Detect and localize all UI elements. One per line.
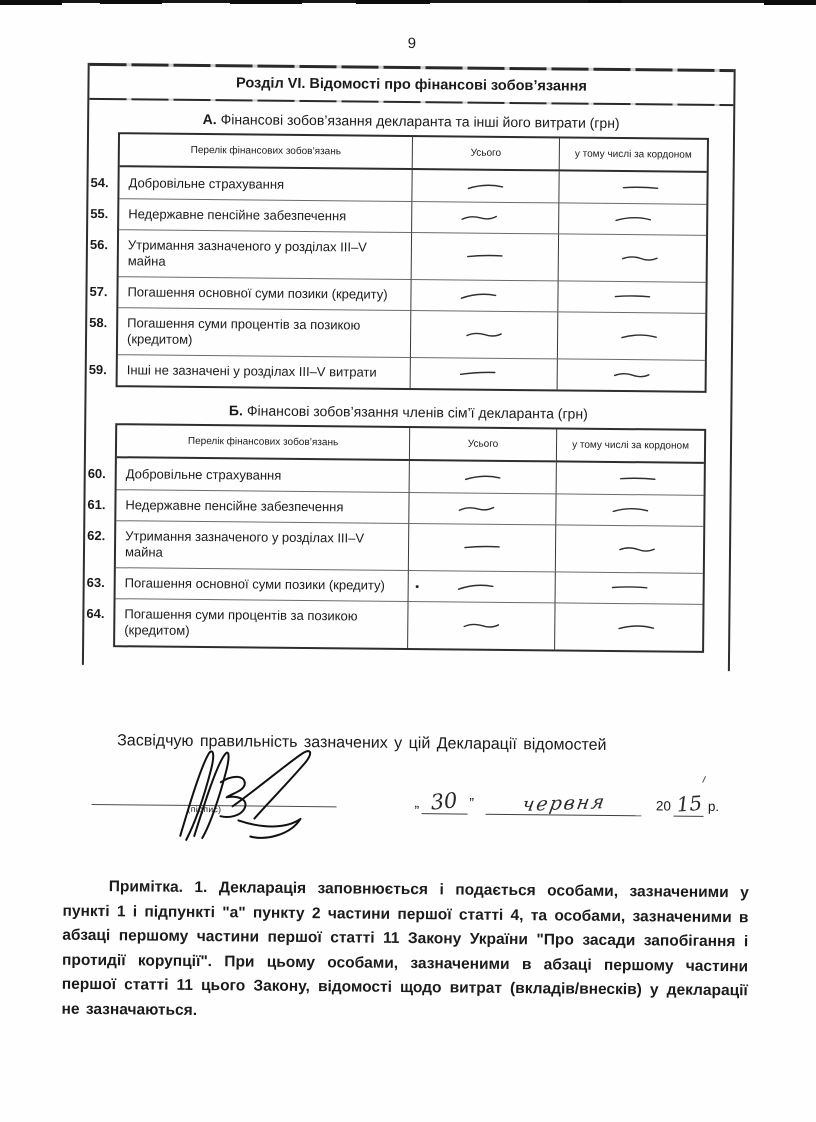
row-label: Добровільне страхування [119,167,411,201]
value-cell-abroad [555,524,703,572]
handwritten-dash-mark [619,331,657,343]
value-cell-total [411,170,558,202]
value-cell-total [411,201,558,233]
value-cell-total [408,492,555,524]
table-row: 59.Інші не зазначені у розділах III–V ви… [118,354,705,391]
handwritten-day: 30 [430,788,459,814]
row-number: 62. [87,528,112,543]
handwritten-dash-mark [457,503,495,514]
column-header-total: Усього [412,137,559,171]
handwritten-dash-mark [466,181,504,191]
section-vi-box: Розділ VI. Відомості про фінансові зобов… [82,63,736,671]
value-cell-abroad [558,171,706,203]
handwritten-month: червня [520,791,607,816]
document-sheet: 9 Розділ VI. Відомості про фінансові зоб… [0,0,816,1122]
value-cell-abroad [555,493,703,525]
value-cell-total [409,461,556,493]
table-row: 64.Погашення суми процентів за позикою (… [115,598,702,651]
column-header-list: Перелік фінансових зобов’язань [120,134,412,170]
financial-obligations-table-b: Перелік фінансових зобов’язань Усього у … [113,423,706,653]
handwritten-dash-mark [457,581,495,592]
year-prefix: 20 [656,798,671,816]
value-cell-abroad [557,280,705,312]
value-cell-abroad [557,311,705,359]
row-label: Інші не зазначені у розділах III–V витра… [118,354,410,388]
column-header-abroad: у тому числі за кордоном [556,429,704,463]
row-number: 57. [89,284,114,299]
table-row: 62.Утримання зазначеного у розділах III–… [116,520,703,573]
value-cell-abroad [558,202,706,234]
handwritten-dash-mark [460,212,498,223]
handwritten-dash-mark [612,369,650,380]
column-header-total: Усього [409,428,556,462]
row-number: 58. [89,315,114,330]
value-cell-total [411,232,558,280]
subsection-b-heading-text: Фінансові зобов’язання членів сім’ї декл… [247,402,588,421]
handwritten-dash-mark [621,182,659,194]
value-cell-total [410,279,557,311]
date-day-field: 30 [421,781,467,814]
row-label: Утримання зазначеного у розділах III–V м… [116,520,408,570]
value-cell-total [410,357,557,389]
handwritten-dash-mark [465,330,503,340]
financial-obligations-table-a: Перелік фінансових зобов’язань Усього у … [116,132,709,393]
date-fields: „ 30 ” червня 20 15 р. [414,778,719,817]
note-label: Примітка. [109,878,183,896]
page-number: 9 [4,31,816,56]
handwritten-dash-mark [611,504,649,515]
row-number: 56. [90,237,115,252]
value-cell-total [408,570,555,602]
row-label: Недержавне пенсійне забезпечення [119,198,411,232]
date-open-quote: „ [414,794,419,814]
subsection-b-heading: Б.Фінансові зобов’язання членів сім’ї де… [86,401,730,423]
ink-dot-artifact [416,585,419,588]
subsection-b: Б.Фінансові зобов’язання членів сім’ї де… [84,401,730,653]
row-number: 59. [89,362,114,377]
subsection-b-letter: Б. [229,402,243,418]
value-cell-abroad [558,233,706,281]
date-year-field: 15 [674,784,704,817]
value-cell-abroad [554,602,702,650]
handwritten-dash-mark [463,543,501,553]
row-number: 64. [86,606,111,621]
row-label: Погашення основної суми позики (кредиту) [118,276,410,310]
row-label: Утримання зазначеного у розділах III–V м… [119,229,411,279]
handwritten-dash-mark [618,473,656,485]
handwritten-dash-mark [620,253,658,265]
handwritten-dash-mark [459,290,497,301]
handwritten-dash-mark [462,621,500,631]
year-label: р. [708,799,719,817]
handwritten-dash-mark [613,291,651,302]
subsection-a-letter: А. [203,111,217,127]
row-number: 54. [90,175,115,190]
table-row: 58.Погашення суми процентів за позикою (… [118,307,705,360]
handwritten-dash-mark [610,582,648,593]
subsection-a-heading-text: Фінансові зобов’язання декларанта та інш… [221,111,620,131]
value-cell-abroad [556,462,704,494]
handwritten-dash-mark [617,544,655,556]
value-cell-abroad [557,358,705,390]
column-header-abroad: у тому числі за кордоном [559,138,707,172]
row-label: Добровільне страхування [117,458,409,492]
scanned-declaration-page: 9 Розділ VI. Відомості про фінансові зоб… [0,0,816,1122]
note-paragraph: Примітка. 1. Декларація заповнюється і п… [61,875,748,1029]
note-text: 1. Декларація заповнюється і подається о… [62,879,749,1019]
subsection-a: А.Фінансові зобов’язання декларанта та і… [87,110,734,393]
row-number: 63. [87,575,112,590]
row-label: Недержавне пенсійне забезпечення [116,489,408,523]
value-cell-total [408,523,555,571]
handwritten-year: 15 [675,791,702,817]
value-cell-total [410,310,557,358]
table-header-row: Перелік фінансових зобов’язань Усього у … [117,425,704,464]
handwritten-dash-mark [614,213,652,224]
date-close-quote: ” [469,795,474,815]
table-row: 56.Утримання зазначеного у розділах III–… [119,229,706,282]
column-header-list: Перелік фінансових зобов’язань [117,425,409,461]
value-cell-total [407,601,554,649]
row-number: 60. [88,466,113,481]
handwritten-dash-mark [617,622,655,634]
date-month-field: червня [486,782,642,816]
handwritten-dash-mark [466,252,504,262]
row-label: Погашення основної суми позики (кредиту) [116,567,408,601]
handwritten-signature [162,748,327,844]
row-label: Погашення суми процентів за позикою (кре… [115,598,407,648]
subsection-a-heading: А.Фінансові зобов’язання декларанта та і… [89,110,733,132]
value-cell-abroad [555,571,703,603]
handwritten-dash-mark [459,368,497,379]
row-number: 55. [90,206,115,221]
table-header-row: Перелік фінансових зобов’язань Усього у … [120,134,707,173]
row-label: Погашення суми процентів за позикою (кре… [118,307,410,357]
row-number: 61. [87,497,112,512]
handwritten-dash-mark [464,472,502,482]
